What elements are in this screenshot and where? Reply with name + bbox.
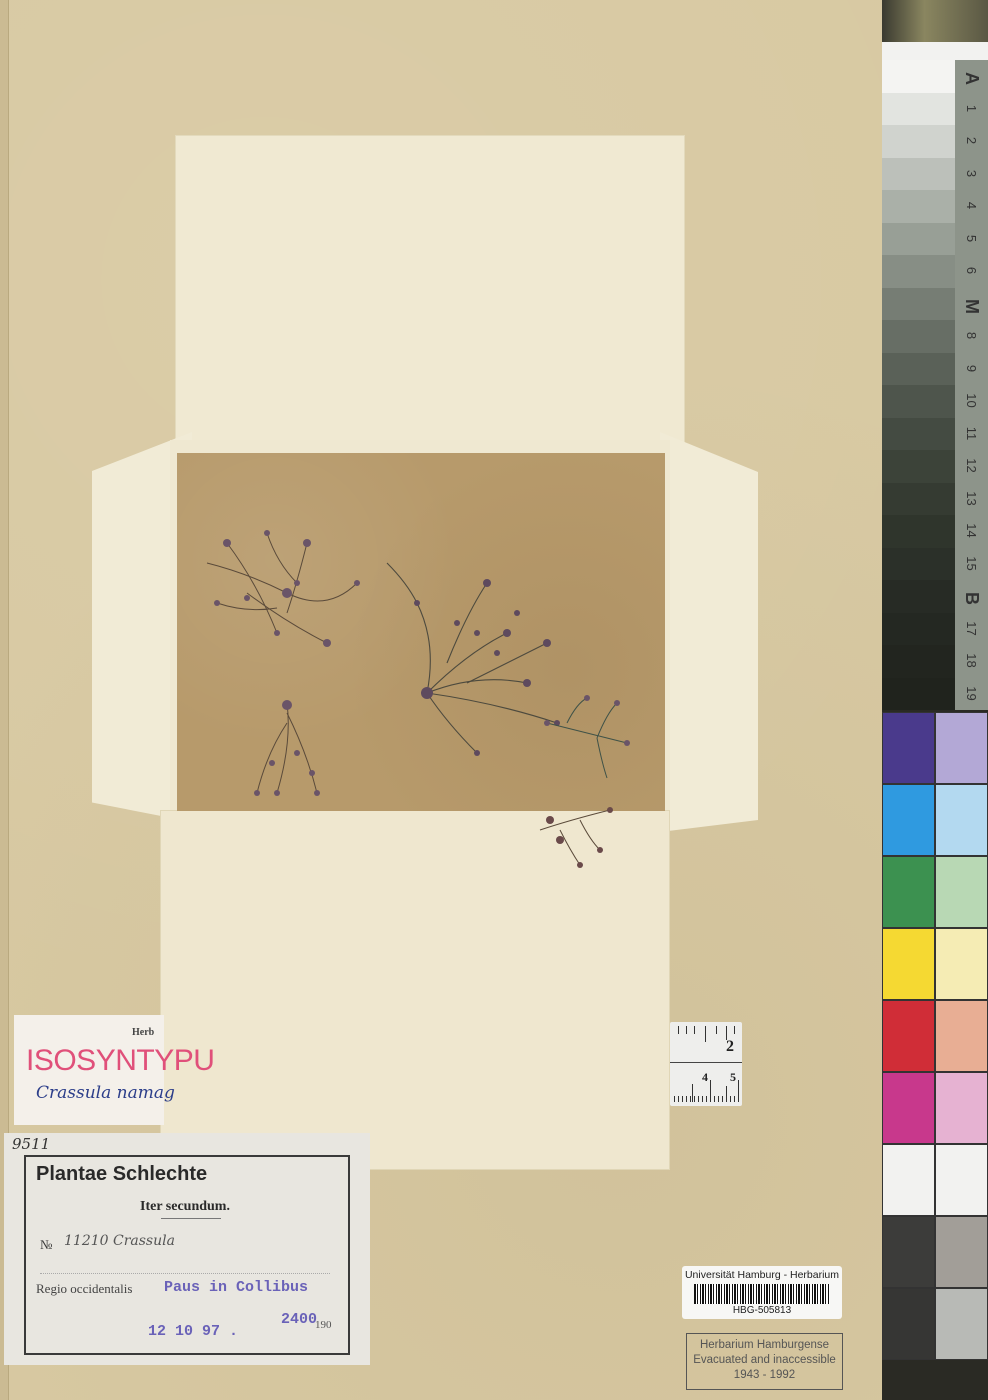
color-patch-left bbox=[882, 856, 935, 928]
gray-scale-label: 1 bbox=[964, 92, 979, 125]
color-patch-right bbox=[935, 928, 988, 1000]
isosyntype-label: Herb ISOSYNTYPU Crassula namag bbox=[14, 1015, 164, 1125]
gray-patch bbox=[882, 320, 955, 353]
color-patch-right bbox=[935, 1144, 988, 1216]
gray-scale-label: 5 bbox=[964, 222, 979, 255]
gray-patch bbox=[882, 483, 955, 516]
stamp-line-2: Evacuated and inaccessible bbox=[687, 1353, 842, 1368]
color-patch-right bbox=[935, 856, 988, 928]
subtitle-underline bbox=[161, 1218, 221, 1219]
color-patch-right bbox=[935, 1000, 988, 1072]
gray-patch bbox=[882, 580, 955, 613]
gray-scale-label: 19 bbox=[964, 677, 979, 710]
gray-scale-label: 10 bbox=[964, 384, 979, 417]
chart-white-strip bbox=[882, 42, 988, 60]
ruler-mark-5: 5 bbox=[730, 1070, 736, 1085]
isosyntype-stamp: ISOSYNTYPU bbox=[26, 1044, 214, 1078]
collection-number: 11210 Crassula bbox=[64, 1233, 175, 1249]
gray-scale-label: 9 bbox=[964, 352, 979, 385]
ruler-mark-4: 4 bbox=[702, 1070, 708, 1085]
barcode-label: Universität Hamburg - Herbarium HBG-5058… bbox=[682, 1266, 842, 1319]
handwritten-taxon-name: Crassula namag bbox=[36, 1083, 175, 1103]
collection-label: 9511 Plantae Schlechte Iter secundum. № … bbox=[4, 1133, 370, 1365]
gray-scale-label: 11 bbox=[964, 417, 979, 450]
institution-name: Universität Hamburg - Herbarium bbox=[682, 1269, 842, 1281]
locality-stamp: Paus in Collibus bbox=[164, 1279, 308, 1296]
barcode-id: HBG-505813 bbox=[682, 1305, 842, 1316]
corner-number: 9511 bbox=[12, 1135, 50, 1153]
herbarium-sheet: Herb ISOSYNTYPU Crassula namag 9511 Plan… bbox=[0, 0, 882, 1400]
gray-patch bbox=[882, 190, 955, 223]
date-stamp: 12 10 97 . bbox=[148, 1323, 238, 1340]
gray-patch bbox=[882, 255, 955, 288]
gray-patch bbox=[882, 515, 955, 548]
color-patch-left bbox=[882, 1144, 935, 1216]
gray-patch bbox=[882, 613, 955, 646]
gray-patch bbox=[882, 60, 955, 93]
color-patch-right bbox=[935, 784, 988, 856]
color-patch-left bbox=[882, 1288, 935, 1360]
evacuation-stamp: Herbarium Hamburgense Evacuated and inac… bbox=[686, 1333, 843, 1390]
gray-scale-label: 3 bbox=[964, 157, 979, 190]
scale-ruler: 2 4 5 bbox=[670, 1022, 742, 1106]
gray-patch bbox=[882, 678, 955, 711]
gray-patch bbox=[882, 353, 955, 386]
plant-fragment-3 bbox=[237, 693, 357, 813]
gray-patch bbox=[882, 93, 955, 126]
color-patch-right bbox=[935, 1072, 988, 1144]
color-patch-left bbox=[882, 928, 935, 1000]
gray-scale-label: 13 bbox=[964, 482, 979, 515]
color-patch-right bbox=[935, 1288, 988, 1360]
label-title: Plantae Schlechte bbox=[36, 1163, 207, 1186]
color-patch-left bbox=[882, 1072, 935, 1144]
gray-scale-label: A bbox=[961, 62, 982, 95]
color-patch-right bbox=[935, 712, 988, 784]
specimen-mount-paper bbox=[177, 453, 665, 811]
gray-scale-label: 18 bbox=[964, 644, 979, 677]
gray-scale-label: M bbox=[961, 290, 982, 323]
barcode bbox=[694, 1284, 830, 1304]
color-patch-right bbox=[935, 1216, 988, 1288]
chart-top-shadow bbox=[882, 0, 988, 42]
ruler-mark-2: 2 bbox=[726, 1038, 734, 1056]
packet-right-flap bbox=[660, 432, 758, 832]
gray-scale-label: 12 bbox=[964, 449, 979, 482]
label-subtitle: Iter secundum. bbox=[140, 1199, 230, 1215]
gray-scale-label: 15 bbox=[964, 547, 979, 580]
gray-scale-label: 2 bbox=[964, 124, 979, 157]
stamp-line-3: 1943 - 1992 bbox=[687, 1368, 842, 1383]
color-patch-left bbox=[882, 1000, 935, 1072]
color-patch-left bbox=[882, 784, 935, 856]
gray-scale-label: 14 bbox=[964, 514, 979, 547]
gray-patch bbox=[882, 418, 955, 451]
gray-scale-label: B bbox=[961, 582, 982, 615]
region-label: Regio occidentalis bbox=[36, 1281, 132, 1297]
color-patch-left bbox=[882, 1216, 935, 1288]
packet-top-flap bbox=[175, 135, 685, 455]
gray-scale-label: 6 bbox=[964, 254, 979, 287]
gray-patch bbox=[882, 288, 955, 321]
gray-patch bbox=[882, 548, 955, 581]
herbarium-header: Herb bbox=[132, 1027, 154, 1038]
dotted-line bbox=[40, 1273, 330, 1274]
number-prefix: № bbox=[40, 1237, 52, 1253]
plant-fragment-4 bbox=[537, 693, 647, 783]
gray-patch bbox=[882, 450, 955, 483]
gray-patch bbox=[882, 385, 955, 418]
gray-scale-labels: A123456M89101112131415B171819 bbox=[955, 60, 988, 710]
gray-scale-label: 17 bbox=[964, 612, 979, 645]
gray-patch bbox=[882, 125, 955, 158]
altitude-suffix: 190 bbox=[315, 1319, 332, 1331]
gray-patch bbox=[882, 158, 955, 191]
gray-scale-label: 8 bbox=[964, 319, 979, 352]
altitude-stamp: 2400 bbox=[281, 1311, 317, 1328]
plant-fragment-loose bbox=[530, 790, 620, 870]
stamp-line-1: Herbarium Hamburgense bbox=[687, 1338, 842, 1353]
gray-patch bbox=[882, 645, 955, 678]
color-calibration-chart: A123456M89101112131415B171819 bbox=[882, 0, 988, 1400]
gray-patch bbox=[882, 223, 955, 256]
gray-scale-label: 4 bbox=[964, 189, 979, 222]
color-patch-left bbox=[882, 712, 935, 784]
